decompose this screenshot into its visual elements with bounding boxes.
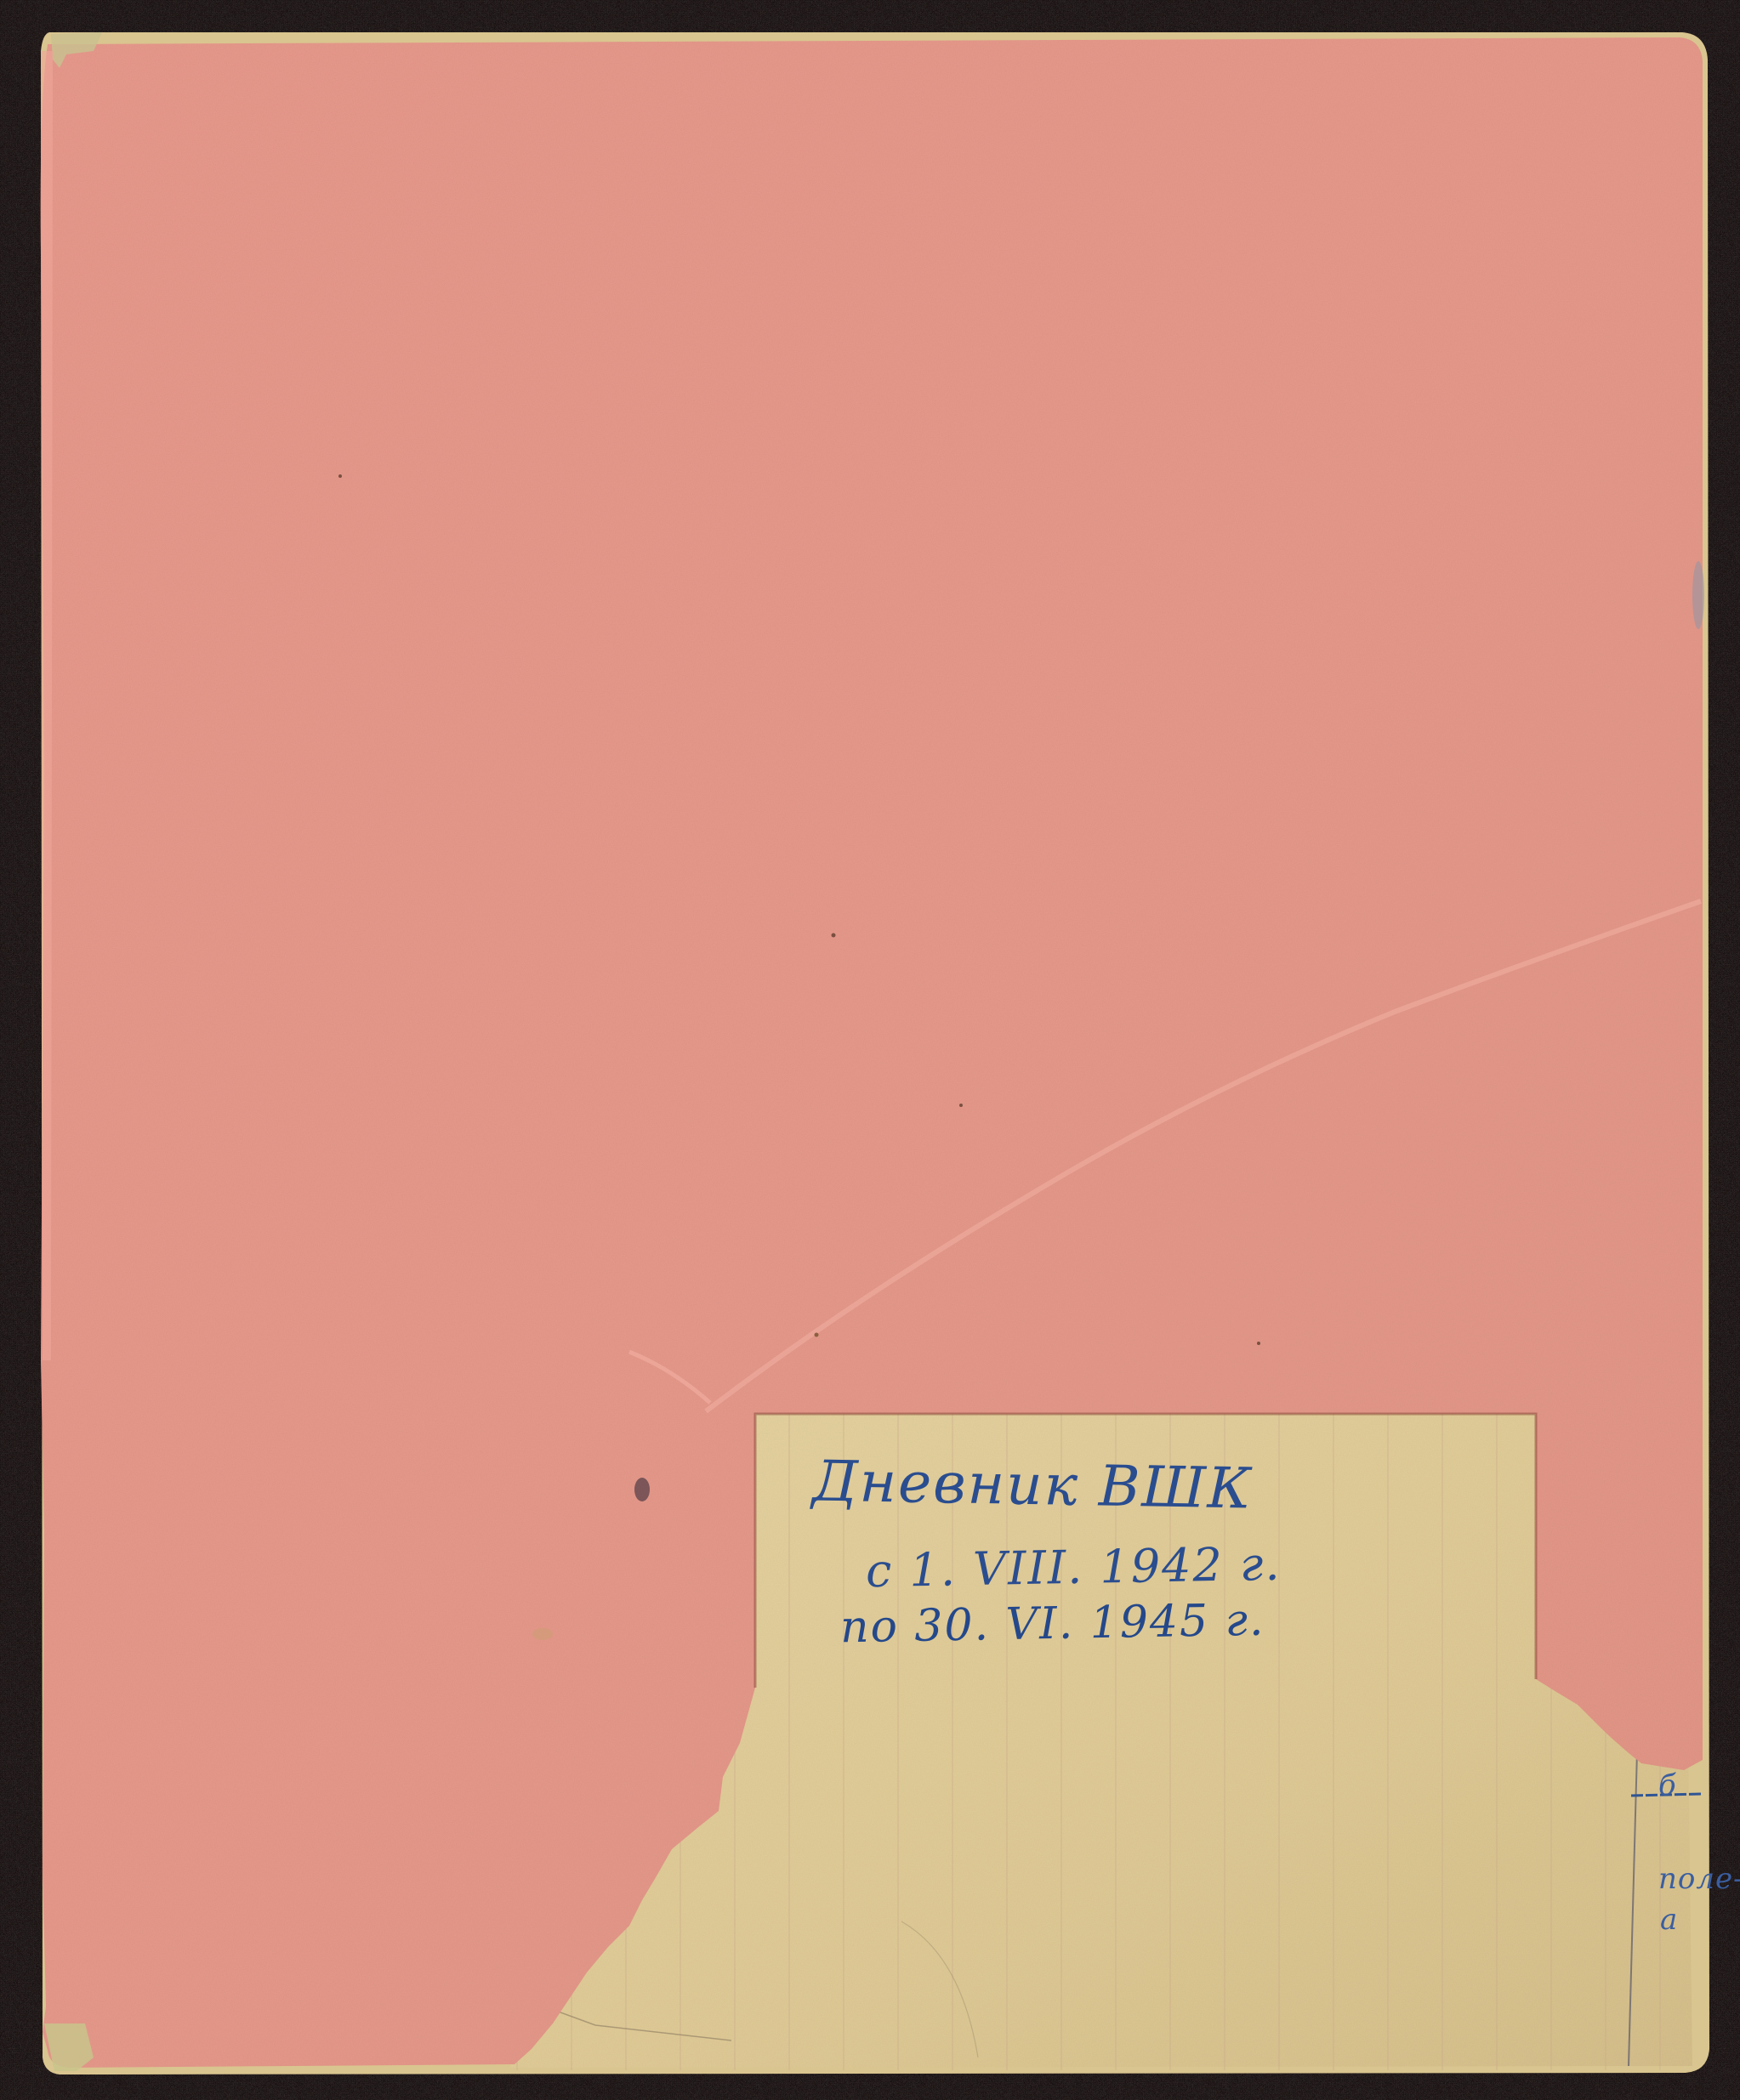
notebook-cover-scan bbox=[0, 0, 1740, 2100]
spine-tear bbox=[41, 51, 53, 1360]
ink-stain bbox=[634, 1478, 650, 1501]
